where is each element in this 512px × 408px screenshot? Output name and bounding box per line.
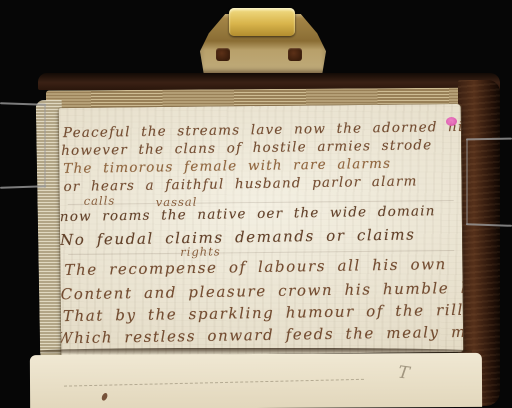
retaining-wire-left-top	[0, 102, 46, 106]
interlineation-rights: rights	[180, 244, 221, 258]
handwritten-line-9: That by the sparkling humour of the rill	[63, 301, 464, 325]
interlineation-calls: calls	[84, 194, 116, 208]
handwritten-line-4: or hears a faithful husband parlor alarm	[63, 173, 417, 195]
faint-pencil-squiggle	[64, 379, 364, 390]
pink-paint-mark	[446, 117, 457, 126]
photograph-of-open-sketchbook: Peaceful the streams lave now the adorne…	[0, 0, 512, 408]
handwritten-line-5: now roams the native oer the wide domain	[60, 203, 436, 225]
handwritten-line-6: No feudal claims demands or claims	[60, 225, 416, 249]
retaining-wire-right-vertical	[466, 139, 468, 225]
brass-clasp-top-bar	[229, 8, 295, 36]
ink-fleck	[101, 392, 109, 401]
handwritten-line-8: Content and pleasure crown his humble ho…	[61, 278, 464, 303]
page-crease-line	[68, 250, 454, 255]
retaining-wire-left-vertical	[44, 104, 46, 188]
handwritten-line-7: The recompense of labours all his own	[64, 255, 447, 279]
manuscript-page: Peaceful the streams lave now the adorne…	[59, 104, 464, 356]
handwritten-line-10: Which restless onward feeds the mealy mi…	[59, 323, 464, 348]
faint-pencil-t-mark: T	[397, 363, 411, 384]
clasp-rivet-right	[288, 48, 302, 61]
retaining-wire-right-top	[466, 138, 512, 141]
clasp-rivet-left	[216, 48, 230, 61]
lower-blank-page: T	[30, 353, 482, 408]
